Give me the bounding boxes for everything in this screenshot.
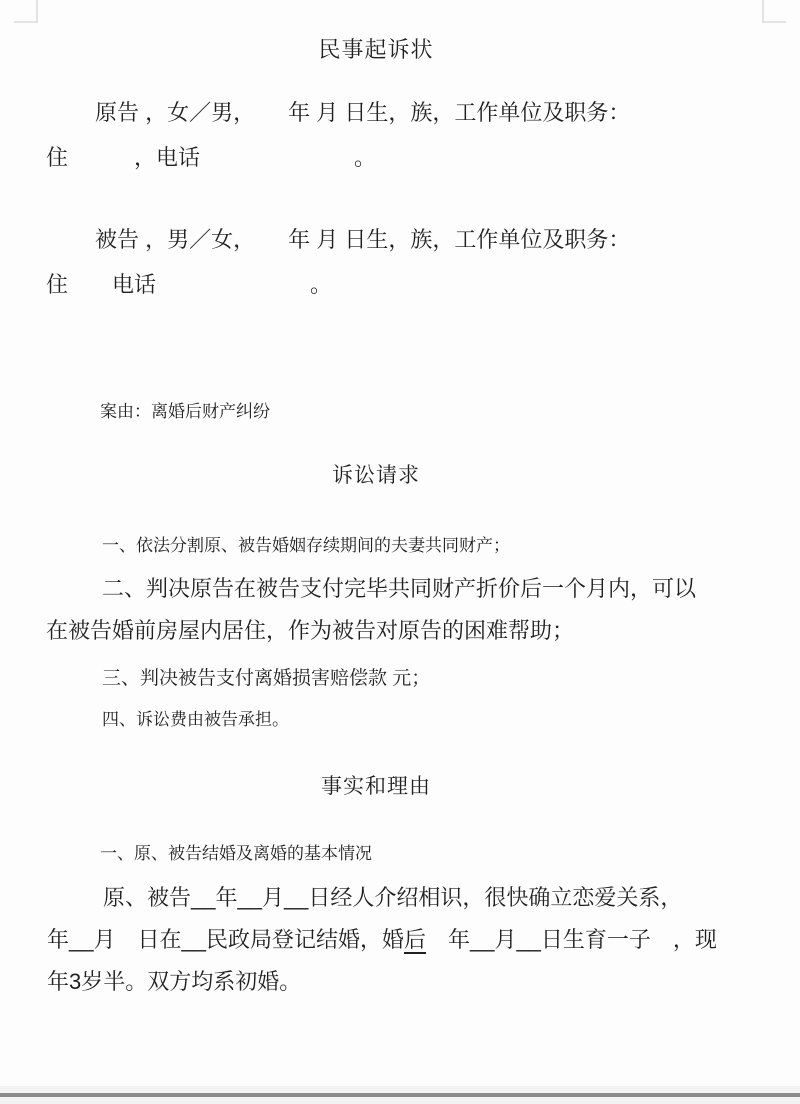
case-cause: 案由：离婚后财产纠纷 — [100, 399, 770, 425]
claim-item-2-line-2: 在被告婚前房屋内居住，作为被告对原告的困难帮助； — [46, 610, 780, 652]
plaintiff-line-1: 原告 ，女／男， 年 月 日生，族，工作单位及职务： — [46, 90, 770, 135]
facts-line-2: 年__月 日在__民政局登记结婚，婚后 年__月__日生育一子 ，现 — [47, 919, 780, 961]
claim-item-4: 四、诉讼费由被告承担。 — [102, 707, 780, 733]
claim-item-2: 二、判决原告在被告支付完毕共同财产折价后一个月内，可以 在被告婚前房屋内居住，作… — [46, 568, 780, 652]
facts-line-1: 原、被告__年__月__日经人介绍相识，很快确立恋爱关系， — [47, 877, 780, 919]
page-bottom-edge — [0, 1086, 800, 1104]
claim-item-2-line-1: 二、判决原告在被告支付完毕共同财产折价后一个月内，可以 — [46, 568, 780, 610]
margin-corner-mark-right — [762, 0, 786, 23]
margin-corner-mark-left — [14, 0, 38, 23]
defendant-line-1: 被告 ，男／女， 年 月 日生，族，工作单位及职务： — [46, 217, 770, 262]
facts-heading: 事实和理由 — [0, 772, 752, 802]
defendant-paragraph: 被告 ，男／女， 年 月 日生，族，工作单位及职务： 住 电话 。 — [46, 217, 770, 307]
facts-paragraph: 原、被告__年__月__日经人介绍相识，很快确立恋爱关系， 年__月 日在__民… — [47, 877, 780, 1003]
facts-line-3: 年3岁半。双方均系初婚。 — [47, 961, 780, 1003]
claims-heading: 诉讼请求 — [0, 461, 752, 491]
plaintiff-paragraph: 原告 ，女／男， 年 月 日生，族，工作单位及职务： 住 ，电话 。 — [46, 90, 770, 180]
document-title: 民事起诉状 — [0, 34, 752, 66]
page-bottom-edge-line — [0, 1093, 800, 1097]
plaintiff-line-2: 住 ，电话 。 — [46, 135, 770, 180]
facts-line-2-post: 年__月__日生育一子 ，现 — [426, 927, 717, 952]
facts-line-2-underlined-char: 后 — [404, 927, 426, 954]
facts-subheading: 一、原、被告结婚及离婚的基本情况 — [100, 841, 780, 867]
defendant-line-2: 住 电话 。 — [46, 262, 770, 307]
facts-line-2-pre: 年__月 日在__民政局登记结婚，婚 — [47, 927, 404, 952]
document-page: 民事起诉状 原告 ，女／男， 年 月 日生，族，工作单位及职务： 住 ，电话 。… — [0, 0, 800, 1104]
claim-item-1: 一、依法分割原、被告婚姻存续期间的夫妻共同财产； — [102, 533, 780, 559]
claim-item-3: 三、判决被告支付离婚损害赔偿款 元； — [102, 665, 780, 693]
